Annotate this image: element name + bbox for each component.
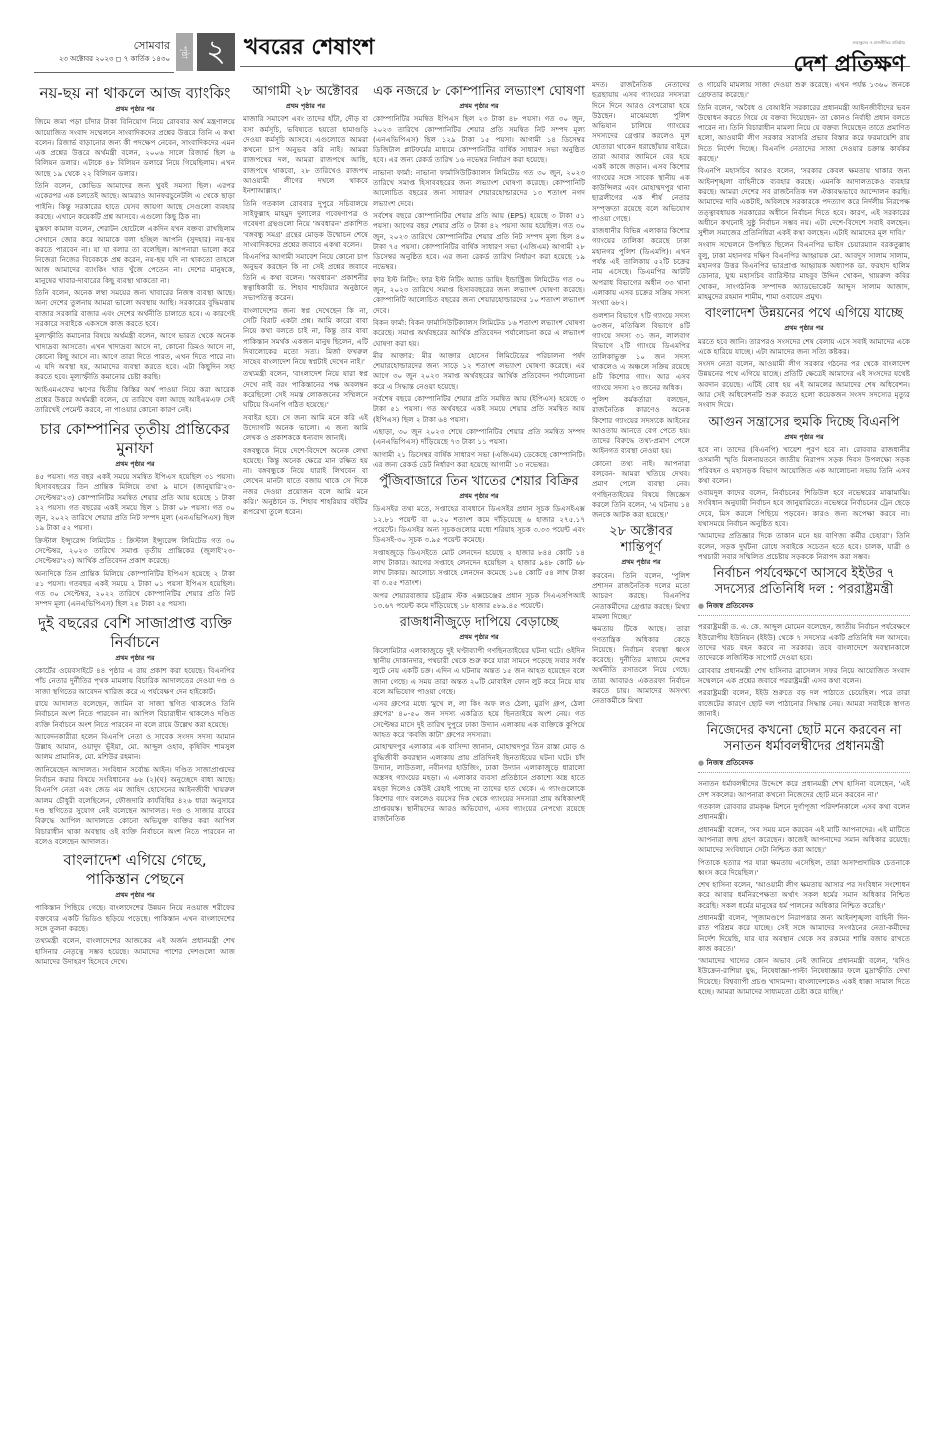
rule-divider <box>34 72 174 73</box>
article-convicted: দুই বছরের বেশি সাজাপ্রাপ্ত ব্যক্তি নির্ব… <box>35 614 235 847</box>
paragraph: আবেদনকারীরা হলেন বিএনপি নেতা ও সাবেক সংস… <box>35 732 235 763</box>
article-oct28: আগামী ২৮ অক্টোবর প্রথম পৃষ্ঠার পর মাজারি… <box>243 84 368 518</box>
page-label: পৃষ্ঠা <box>176 33 193 71</box>
headline: নির্বাচন পর্যবেক্ষণে আসবে ইইউর ৭ সদস্যের… <box>698 566 910 598</box>
paragraph: 'আমাদের খাদ্যের কোন অভাব নেই জানিয়ে প্র… <box>698 956 910 997</box>
paragraph: ফার ইস্ট নিটিং: ফার ইস্ট নিটিং অ্যান্ড ড… <box>373 275 585 316</box>
paragraph: এছাড়া, ৩০ জুন ২০২৩ শেষে কোম্পানিটির শেয… <box>373 427 585 448</box>
paragraph: পাকিস্তান পিছিয়ে গেছে। বাংলাদেশের উন্নয… <box>35 903 235 934</box>
paragraph: হবে না। তাদের (বিএনপি) খায়েশ পূরণ হবে ন… <box>698 445 910 486</box>
masthead: সোমবার ২৩ অক্টোবর ২০২৩ ◻ ৭ কার্তিক ১৪৩০ … <box>0 0 945 78</box>
article-banking: নয়-ছয় না থাকলে আজ ব্যাংকিং প্রথম পৃষ্ঠ… <box>35 84 235 416</box>
staff-byline: নিজস্ব প্রতিবেদক <box>698 601 910 611</box>
paragraph: মদত। রাজনৈতিক নেতাদের ছত্রছায়ায় এসব গ্… <box>592 80 690 224</box>
article-shares: পুঁজিবাজারে তিন খাতের শেয়ার বিক্রির প্র… <box>373 474 585 611</box>
headline: এক নজরে ৮ কোম্পানির লভ্যাংশ ঘোষণা <box>373 84 585 100</box>
headline: দুই বছরের বেশি সাজাপ্রাপ্ত ব্যক্তি নির্ব… <box>35 614 235 652</box>
staff-byline: নিজস্ব প্রতিবেদক <box>698 758 910 768</box>
paragraph: কোম্পানিটির সমন্বিত ইপিএস ছিল ২৩ টাকা ৪৮… <box>373 114 585 165</box>
article-development: বাংলাদেশ উন্নয়নের পথে এগিয়ে যাচ্ছে প্র… <box>698 306 910 410</box>
paragraph: রাজধানীর বিভিন্ন এলাকার কিশোর গ্যাংয়ের … <box>592 226 690 308</box>
paragraph: জিমে জমা পড়া চাঁদার টাকা বিনিয়োগ নিয়ে… <box>35 117 235 179</box>
headline: পুঁজিবাজারে তিন খাতের শেয়ার বিক্রির <box>373 474 585 490</box>
logo-name: দেশ প্রতিক্ষণ <box>793 51 905 77</box>
article-gangs: রাজধানীজুড়ে দাপিয়ে বেড়াচ্ছে প্রথম পৃষ… <box>373 615 585 824</box>
continued-label: প্রথম পৃষ্ঠার পর <box>35 104 235 114</box>
paragraph: আইএমএফের ঋণের দ্বিতীয় কিস্তির অর্থ পাওয… <box>35 385 235 416</box>
paragraph: তথ্যমন্ত্রী বলেন, 'বাংলাদেশ নিয়ে যারা স… <box>243 369 368 410</box>
continued-label: প্রথম পৃষ্ঠার পর <box>698 323 910 333</box>
paragraph: অন্যদিকে তিন প্রান্তিক মিলিয়ে কোম্পানিট… <box>35 569 235 610</box>
paragraph: বিকন ফার্মা: বিকন ফার্মাসিউটিক্যালস লিমি… <box>373 318 585 349</box>
article-eu-observers: নির্বাচন পর্যবেক্ষণে আসবে ইইউর ৭ সদস্যের… <box>698 566 910 719</box>
paragraph: সনাতন ধর্মাবলম্বীদের উদ্দেশে করে প্রধানম… <box>698 779 910 800</box>
continued-label: প্রথম পৃষ্ঠার পর <box>35 890 235 900</box>
article-pakistan: বাংলাদেশ এগিয়ে গেছে, পাকিস্তান পেছনে প্… <box>35 851 235 967</box>
paragraph: মুস্তফা কামাল বলেন, শেরাটন হোটেলে একদিন … <box>35 224 235 286</box>
paragraph: রোববার প্রধানমন্ত্রী শেখ হাসিনার ব্রাসেল… <box>698 666 910 687</box>
paragraph: তিনি বলেন, 'অবৈধ ও বেআইনি সরকারের প্রধান… <box>698 103 910 165</box>
paragraph: তিনি গতকাল রোববার দুপুরে সচিবালয়ে সাইফু… <box>243 199 368 250</box>
paragraph: সংবাদ সম্মেলনে উপস্থিত ছিলেন বিএনপির ভাই… <box>698 240 910 302</box>
article-profit: চার কোম্পানির তৃতীয় প্রান্তিকের মুনাফা … <box>35 420 235 610</box>
paragraph: সবাইর হবে। সে জন্য আমি মনে করি এই উদ্যোগ… <box>243 413 368 444</box>
paragraph: প্রধানমন্ত্রী বলেন, 'পূজামণ্ডপে নিরাপত্ত… <box>698 913 910 954</box>
paragraph: মীর আক্তার: মীর আক্তার হোসেন লিমিটেডের প… <box>373 351 585 392</box>
paragraph: কোনো তথ্য নাই। আপনারা বলবেন- আমরা খতিয়ে… <box>592 459 690 521</box>
paragraph: সর্বশেষ বছরে কোম্পানিটির শেয়ার প্রতি আয… <box>373 211 585 273</box>
paragraph: মূল্যস্ফীতি কমানোর বিষয়ে অর্থমন্ত্রী বল… <box>35 331 235 382</box>
section-title: খবরের শেষাংশ <box>244 30 374 67</box>
continued-label: প্রথম পৃষ্ঠার পর <box>373 632 585 642</box>
paragraph: নাভানা ফার্মা: নাভানা ফার্মাসিউটিক্যালস … <box>373 168 585 209</box>
paragraph: বাংলাদেশের জন্য স্বপ্ন দেখেছেন কি না, সে… <box>243 306 368 368</box>
paragraph: করবেন। তিনি বলেন, 'পুলিশ প্রশাসন রাজনৈতি… <box>592 571 690 622</box>
dotted-divider <box>698 615 910 616</box>
paragraph: জানিয়েছেন আদালত। সংবিধান সর্বোচ্চ আইন। … <box>35 765 235 847</box>
paragraph: সর্বশেষ বছরে কোম্পানিটির শেয়ার প্রতি সম… <box>373 394 585 425</box>
column-4: মদত। রাজনৈতিক নেতাদের ছত্রছায়ায় এসব গ্… <box>592 80 690 1432</box>
paragraph: মাজারি সমাবেশ এবং তাদের হাঁটা, দৌড় বা ব… <box>243 114 368 196</box>
article-bnp: ও গায়েবি মামলায় সাজা দেওয়া শুরু করেছে… <box>698 80 910 302</box>
paragraph: প্রধানমন্ত্রী বলেন, 'সব সময় মনে করবেন এ… <box>698 825 910 856</box>
headline: আগুন সন্ত্রাসের হুমকি দিচ্ছে বিএনপি <box>698 415 910 431</box>
paragraph: বঙ্গবন্ধুকে নিয়ে দেশে-বিদেশে অনেক লেখা … <box>243 446 368 518</box>
headline: চার কোম্পানির তৃতীয় প্রান্তিকের মুনাফা <box>35 420 235 458</box>
article-sanatan: নিজেদের কখনো ছোট মনে করবেন না সনাতন ধর্ম… <box>698 723 910 997</box>
paragraph: মোহাম্মদপুর এলাকার এক বাসিন্দা জানান, মো… <box>373 742 585 824</box>
paragraph: আগামী ২১ ডিসেম্বর বার্ষিক সাধারণ সভা (এজ… <box>373 450 585 471</box>
paragraph: তথ্যমন্ত্রী বলেন, বাংলাদেশের আজকের এই অর… <box>35 936 235 967</box>
logo-tagline: লড়াকুদের ও রাজনীতির প্রতিষ্ঠার <box>793 40 905 47</box>
paragraph: গতকাল রোববার রামকৃষ্ণ মিশনে দুর্গাপূজা প… <box>698 802 910 823</box>
headline: নয়-ছয় না থাকলে আজ ব্যাংকিং <box>35 84 235 103</box>
dotted-divider <box>698 772 910 773</box>
continued-label: প্রথম পৃষ্ঠার পর <box>35 459 235 469</box>
article-gangs-continued: মদত। রাজনৈতিক নেতাদের ছত্রছায়ায় এসব গ্… <box>592 80 690 520</box>
article-dividend: এক নজরে ৮ কোম্পানির লভ্যাংশ ঘোষণা প্রথম … <box>373 84 585 470</box>
paragraph: কোর্টের ওয়েবসাইটে ৪৪ পৃষ্ঠার এ রায় প্র… <box>35 666 235 697</box>
page-number: ২ <box>197 33 235 71</box>
paragraph: ক্ষমতায় টিকে আছে। তারা গণতান্ত্রিক অধিক… <box>592 624 690 706</box>
article-threat: আগুন সন্ত্রাসের হুমকি দিচ্ছে বিএনপি প্রথ… <box>698 415 910 563</box>
column-3: এক নজরে ৮ কোম্পানির লভ্যাংশ ঘোষণা প্রথম … <box>373 80 585 1432</box>
paragraph: ওবায়দুল কাদের বলেন, নির্বাচনের শিডিউল হ… <box>698 488 910 529</box>
paragraph: শেখ হাসিনা বলেন, 'আওয়ামী লীগ ক্ষমতায় আ… <box>698 880 910 911</box>
paragraph: বিএনপি মহাসচিব আরও বলেন, 'সরকার কেবল ক্ষ… <box>698 166 910 238</box>
paragraph: পুলিশ কর্মকর্তারা বলছেন, রাজনৈতিক কারণেও… <box>592 395 690 457</box>
paragraph: পররাষ্ট্রমন্ত্রী ড. এ. কে. আব্দুল মোমেন … <box>698 622 910 663</box>
headline: ২৮ অক্টোবর শান্তিপূর্ণ <box>592 524 690 556</box>
paragraph: ৪৫ পয়সা। গত বছর একই সময়ে সমন্বিত ইপিএস… <box>35 472 235 534</box>
paragraph: 'আমাদের প্রতিজ্ঞার দিকে তাকান মনে হয় বা… <box>698 531 910 562</box>
publication-date: ২৩ অক্টোবর ২০২৩ ◻ ৭ কার্তিক ১৪৩০ <box>59 53 170 65</box>
paragraph: সপ্তাহজুড়ে ডিএসইতে মোট লেনদেন হয়েছে ২ … <box>373 548 585 589</box>
continued-label: প্রথম পৃষ্ঠার পর <box>35 653 235 663</box>
continued-label: প্রথম পৃষ্ঠার পর <box>698 432 910 442</box>
paragraph: তিনি বলেন, কোভিড আমাদের জন্য খুবই সমস্যা… <box>35 181 235 222</box>
paragraph: রায়ে আদালত বলেছেন, জামিন বা সাজা স্থগিত… <box>35 699 235 730</box>
headline: বাংলাদেশ উন্নয়নের পথে এগিয়ে যাচ্ছে <box>698 306 910 322</box>
paragraph: অপর শেয়ারবাজার চট্টগ্রাম স্টক এক্সচেঞ্জ… <box>373 591 585 612</box>
continued-label: প্রথম পৃষ্ঠার পর <box>243 101 368 111</box>
column-1: নয়-ছয় না থাকলে আজ ব্যাংকিং প্রথম পৃষ্ঠ… <box>35 80 235 1432</box>
paragraph: মরতে হবে জানি। তারপরও সংসদের শেষ বেলায় … <box>698 337 910 358</box>
headline: আগামী ২৮ অক্টোবর <box>243 84 368 100</box>
headline: বাংলাদেশ এগিয়ে গেছে, পাকিস্তান পেছনে <box>35 851 235 889</box>
headline: রাজধানীজুড়ে দাপিয়ে বেড়াচ্ছে <box>373 615 585 631</box>
newspaper-logo: লড়াকুদের ও রাজনীতির প্রতিষ্ঠার দেশ প্রত… <box>793 40 905 84</box>
continued-label: প্রথম পৃষ্ঠার পর <box>373 491 585 501</box>
paragraph: পররাষ্ট্রমন্ত্রী বলেন, ইইউ শুরুতে বড় দল… <box>698 688 910 719</box>
paragraph: এসব গ্রুপের মধ্যে 'মুখে ল, লা কিং অফ লও … <box>373 699 585 740</box>
paragraph: কিলোমিটার এলাকাজুড়ে দুই ঘণ্টাব্যাপী গণছ… <box>373 646 585 697</box>
paragraph: ডিএসইর তথ্য মতে, সপ্তাহের ব্যবধানে ডিএসই… <box>373 504 585 545</box>
paragraph: বিএনপির আগামী সমাবেশ নিয়ে কোনো চাপ অনুভ… <box>243 252 368 303</box>
headline: নিজেদের কখনো ছোট মনে করবেন না সনাতন ধর্ম… <box>698 723 910 755</box>
paragraph: ও গায়েবি মামলায় সাজা দেওয়া শুরু করেছে… <box>698 80 910 101</box>
column-5: ও গায়েবি মামলায় সাজা দেওয়া শুরু করেছে… <box>698 80 910 1432</box>
paragraph: তিনি বলেন, অনেক লম্বা সময়ের জন্য খাবারে… <box>35 288 235 329</box>
continued-label: প্রথম পৃষ্ঠার পর <box>373 101 585 111</box>
paragraph: সংসদ নেতা বলেন, আওয়ামী লীগ সরকার গঠনের … <box>698 359 910 410</box>
column-2: আগামী ২৮ অক্টোবর প্রথম পৃষ্ঠার পর মাজারি… <box>243 80 368 1432</box>
paragraph: ক্রিস্টাল ইন্স্যুরেন্স লিমিটেড : ক্রিস্ট… <box>35 536 235 567</box>
paragraph: পিতাকে হত্যার পর যারা ক্ষমতায় এসেছিল, ত… <box>698 858 910 879</box>
paragraph: গুলশান বিভাগে ৭টি গ্যাংয়ে সদস্য ৬৩জন, ম… <box>592 311 690 393</box>
article-peaceful: ২৮ অক্টোবর শান্তিপূর্ণ প্রথম পৃষ্ঠার পর … <box>592 524 690 706</box>
continued-label: প্রথম পৃষ্ঠার পর <box>592 557 690 567</box>
